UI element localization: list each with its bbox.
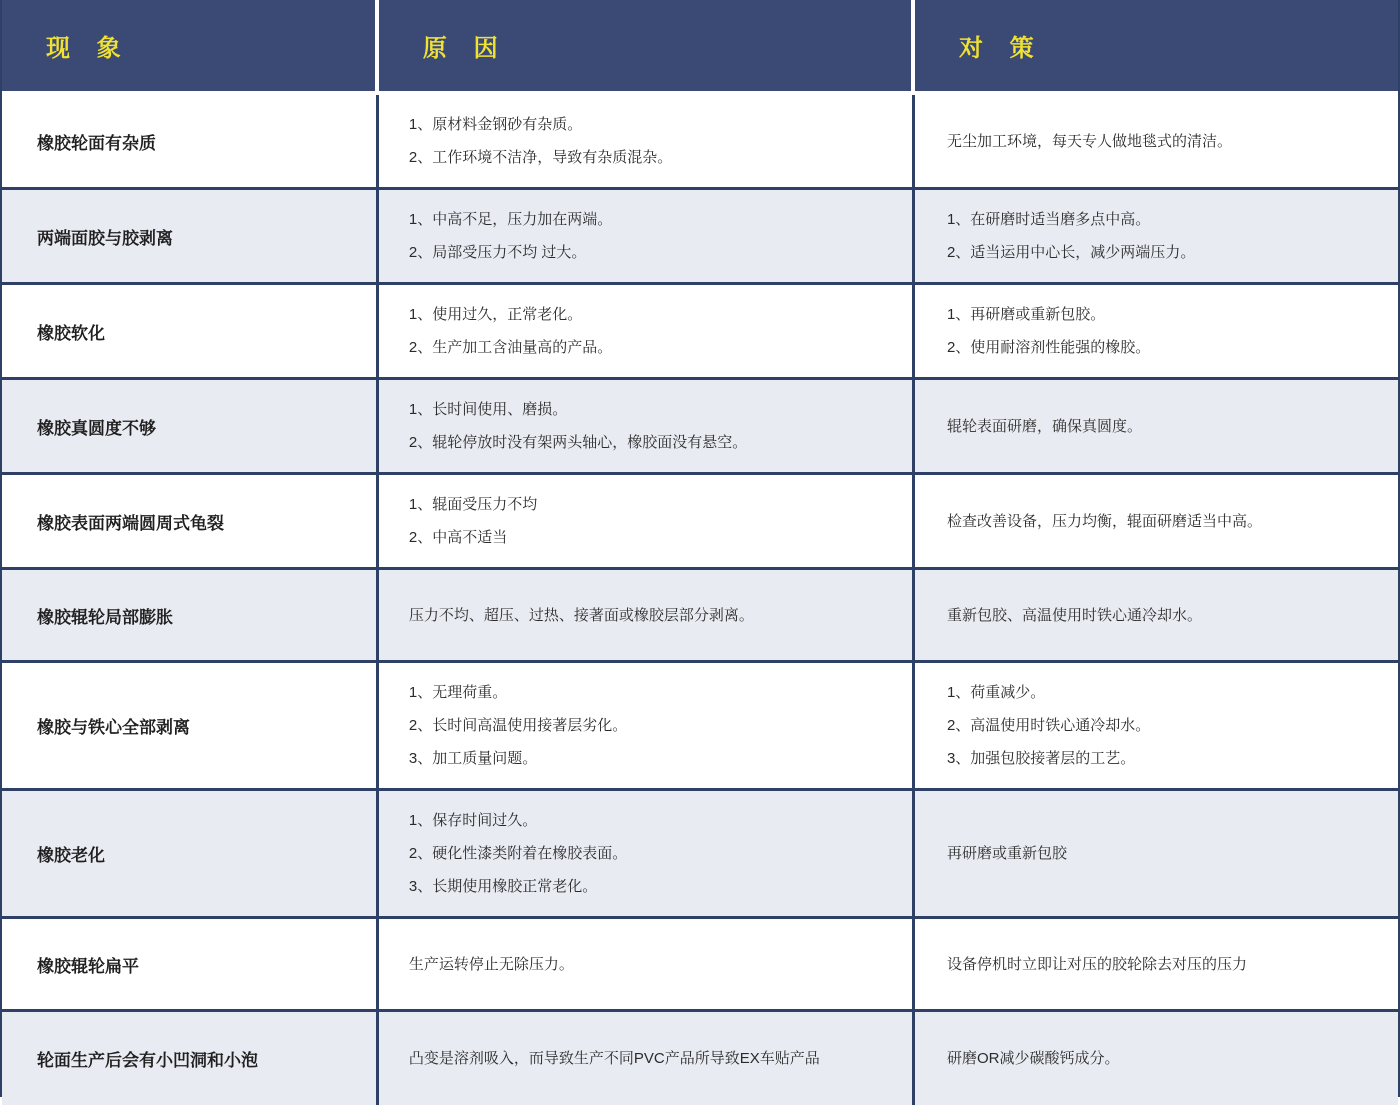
- header-cell-countermeasure: 对 策: [915, 0, 1398, 95]
- phenomenon-cell: 橡胶辊轮扁平: [2, 919, 379, 1012]
- countermeasure-cell: 检查改善设备，压力均衡，辊面研磨适当中高。: [915, 475, 1398, 570]
- phenomenon-label: 橡胶表面两端圆周式龟裂: [37, 514, 224, 533]
- cause-cell: 1、使用过久，正常老化。2、生产加工含油量高的产品。: [379, 285, 915, 380]
- cause-cell: 生产运转停止无除压力。: [379, 919, 915, 1012]
- cause-cell: 1、长时间使用、磨损。2、辊轮停放时没有架两头轴心，橡胶面没有悬空。: [379, 380, 915, 475]
- countermeasure-line: 设备停机时立即让对压的胶轮除去对压的压力: [947, 948, 1380, 981]
- cause-line: 2、生产加工含油量高的产品。: [409, 331, 894, 364]
- countermeasure-line: 2、适当运用中心长，减少两端压力。: [947, 236, 1380, 269]
- phenomenon-cell: 橡胶老化: [2, 791, 379, 919]
- phenomenon-label: 橡胶与铁心全部剥离: [37, 718, 190, 737]
- countermeasure-line: 1、荷重减少。: [947, 676, 1380, 709]
- phenomenon-cell: 橡胶表面两端圆周式龟裂: [2, 475, 379, 570]
- table-row: 橡胶老化 1、保存时间过久。2、硬化性漆类附着在橡胶表面。3、长期使用橡胶正常老…: [2, 791, 1398, 919]
- countermeasure-cell: 无尘加工环境，每天专人做地毯式的清洁。: [915, 95, 1398, 190]
- countermeasure-line: 1、再研磨或重新包胶。: [947, 298, 1380, 331]
- cause-line: 2、局部受压力不均 过大。: [409, 236, 894, 269]
- table-body: 橡胶轮面有杂质 1、原材料金钢砂有杂质。2、工作环境不洁净，导致有杂质混杂。 无…: [2, 95, 1398, 1105]
- cause-cell: 1、中高不足，压力加在两端。2、局部受压力不均 过大。: [379, 190, 915, 285]
- countermeasure-cell: 辊轮表面研磨，确保真圆度。: [915, 380, 1398, 475]
- table-row: 轮面生产后会有小凹洞和小泡 凸变是溶剂吸入，而导致生产不同PVC产品所导致EX车…: [2, 1012, 1398, 1105]
- phenomenon-cell: 橡胶辊轮局部膨胀: [2, 570, 379, 663]
- countermeasure-line: 研磨OR减少碳酸钙成分。: [947, 1042, 1380, 1075]
- cause-line: 2、长时间高温使用接著层劣化。: [409, 709, 894, 742]
- cause-line: 压力不均、超压、过热、接著面或橡胶层部分剥离。: [409, 599, 894, 632]
- table-row: 橡胶表面两端圆周式龟裂 1、辊面受压力不均2、中高不适当 检查改善设备，压力均衡…: [2, 475, 1398, 570]
- countermeasure-line: 2、高温使用时铁心通冷却水。: [947, 709, 1380, 742]
- countermeasure-cell: 1、再研磨或重新包胶。2、使用耐溶剂性能强的橡胶。: [915, 285, 1398, 380]
- phenomenon-label: 橡胶轮面有杂质: [37, 134, 156, 153]
- countermeasure-cell: 重新包胶、高温使用时铁心通冷却水。: [915, 570, 1398, 663]
- cause-line: 2、辊轮停放时没有架两头轴心，橡胶面没有悬空。: [409, 426, 894, 459]
- cause-line: 凸变是溶剂吸入，而导致生产不同PVC产品所导致EX车贴产品: [409, 1042, 894, 1075]
- countermeasure-line: 3、加强包胶接著层的工艺。: [947, 742, 1380, 775]
- table-row: 橡胶与铁心全部剥离 1、无理荷重。2、长时间高温使用接著层劣化。3、加工质量问题…: [2, 663, 1398, 791]
- countermeasure-line: 重新包胶、高温使用时铁心通冷却水。: [947, 599, 1380, 632]
- cause-line: 1、使用过久，正常老化。: [409, 298, 894, 331]
- table-row: 橡胶软化 1、使用过久，正常老化。2、生产加工含油量高的产品。 1、再研磨或重新…: [2, 285, 1398, 380]
- phenomenon-label: 橡胶辊轮扁平: [37, 957, 139, 976]
- countermeasure-line: 1、在研磨时适当磨多点中高。: [947, 203, 1380, 236]
- phenomenon-cell: 橡胶轮面有杂质: [2, 95, 379, 190]
- countermeasure-cell: 1、在研磨时适当磨多点中高。2、适当运用中心长，减少两端压力。: [915, 190, 1398, 285]
- countermeasure-cell: 再研磨或重新包胶: [915, 791, 1398, 919]
- cause-line: 1、长时间使用、磨损。: [409, 393, 894, 426]
- table-row: 橡胶轮面有杂质 1、原材料金钢砂有杂质。2、工作环境不洁净，导致有杂质混杂。 无…: [2, 95, 1398, 190]
- cause-cell: 凸变是溶剂吸入，而导致生产不同PVC产品所导致EX车贴产品: [379, 1012, 915, 1105]
- cause-line: 3、加工质量问题。: [409, 742, 894, 775]
- header-cell-cause: 原 因: [379, 0, 915, 95]
- phenomenon-cell: 橡胶真圆度不够: [2, 380, 379, 475]
- cause-line: 2、中高不适当: [409, 521, 894, 554]
- table-row: 橡胶真圆度不够 1、长时间使用、磨损。2、辊轮停放时没有架两头轴心，橡胶面没有悬…: [2, 380, 1398, 475]
- phenomenon-cell: 橡胶与铁心全部剥离: [2, 663, 379, 791]
- cause-cell: 1、辊面受压力不均2、中高不适当: [379, 475, 915, 570]
- header-cell-phenomenon: 现 象: [2, 0, 379, 95]
- cause-line: 1、原材料金钢砂有杂质。: [409, 108, 894, 141]
- phenomenon-label: 轮面生产后会有小凹洞和小泡: [37, 1051, 258, 1070]
- countermeasure-cell: 1、荷重减少。2、高温使用时铁心通冷却水。3、加强包胶接著层的工艺。: [915, 663, 1398, 791]
- cause-cell: 1、原材料金钢砂有杂质。2、工作环境不洁净，导致有杂质混杂。: [379, 95, 915, 190]
- cause-cell: 1、保存时间过久。2、硬化性漆类附着在橡胶表面。3、长期使用橡胶正常老化。: [379, 791, 915, 919]
- phenomenon-cell: 两端面胶与胶剥离: [2, 190, 379, 285]
- cause-line: 生产运转停止无除压力。: [409, 948, 894, 981]
- rubber-roller-troubleshooting-page: 现 象 原 因 对 策 橡胶轮面有杂质 1、原材料金钢砂有杂质。2、工作环境不洁…: [0, 0, 1400, 1097]
- table-row: 两端面胶与胶剥离 1、中高不足，压力加在两端。2、局部受压力不均 过大。 1、在…: [2, 190, 1398, 285]
- phenomenon-label: 橡胶辊轮局部膨胀: [37, 608, 173, 627]
- cause-line: 3、长期使用橡胶正常老化。: [409, 870, 894, 903]
- cause-line: 1、保存时间过久。: [409, 804, 894, 837]
- cause-line: 1、无理荷重。: [409, 676, 894, 709]
- phenomenon-label: 橡胶软化: [37, 324, 105, 343]
- troubleshooting-table: 现 象 原 因 对 策 橡胶轮面有杂质 1、原材料金钢砂有杂质。2、工作环境不洁…: [2, 0, 1398, 1105]
- phenomenon-cell: 橡胶软化: [2, 285, 379, 380]
- table-row: 橡胶辊轮扁平 生产运转停止无除压力。 设备停机时立即让对压的胶轮除去对压的压力: [2, 919, 1398, 1012]
- cause-line: 1、中高不足，压力加在两端。: [409, 203, 894, 236]
- cause-line: 2、硬化性漆类附着在橡胶表面。: [409, 837, 894, 870]
- cause-line: 1、辊面受压力不均: [409, 488, 894, 521]
- countermeasure-line: 辊轮表面研磨，确保真圆度。: [947, 410, 1380, 443]
- countermeasure-line: 检查改善设备，压力均衡，辊面研磨适当中高。: [947, 505, 1380, 538]
- countermeasure-cell: 研磨OR减少碳酸钙成分。: [915, 1012, 1398, 1105]
- countermeasure-line: 再研磨或重新包胶: [947, 837, 1380, 870]
- phenomenon-label: 两端面胶与胶剥离: [37, 229, 173, 248]
- cause-line: 2、工作环境不洁净，导致有杂质混杂。: [409, 141, 894, 174]
- table-wrapper: 现 象 原 因 对 策 橡胶轮面有杂质 1、原材料金钢砂有杂质。2、工作环境不洁…: [0, 0, 1400, 1097]
- table-row: 橡胶辊轮局部膨胀 压力不均、超压、过热、接著面或橡胶层部分剥离。 重新包胶、高温…: [2, 570, 1398, 663]
- phenomenon-cell: 轮面生产后会有小凹洞和小泡: [2, 1012, 379, 1105]
- header-row: 现 象 原 因 对 策: [2, 0, 1398, 95]
- cause-cell: 1、无理荷重。2、长时间高温使用接著层劣化。3、加工质量问题。: [379, 663, 915, 791]
- cause-cell: 压力不均、超压、过热、接著面或橡胶层部分剥离。: [379, 570, 915, 663]
- countermeasure-cell: 设备停机时立即让对压的胶轮除去对压的压力: [915, 919, 1398, 1012]
- phenomenon-label: 橡胶真圆度不够: [37, 419, 156, 438]
- phenomenon-label: 橡胶老化: [37, 846, 105, 865]
- countermeasure-line: 无尘加工环境，每天专人做地毯式的清洁。: [947, 125, 1380, 158]
- countermeasure-line: 2、使用耐溶剂性能强的橡胶。: [947, 331, 1380, 364]
